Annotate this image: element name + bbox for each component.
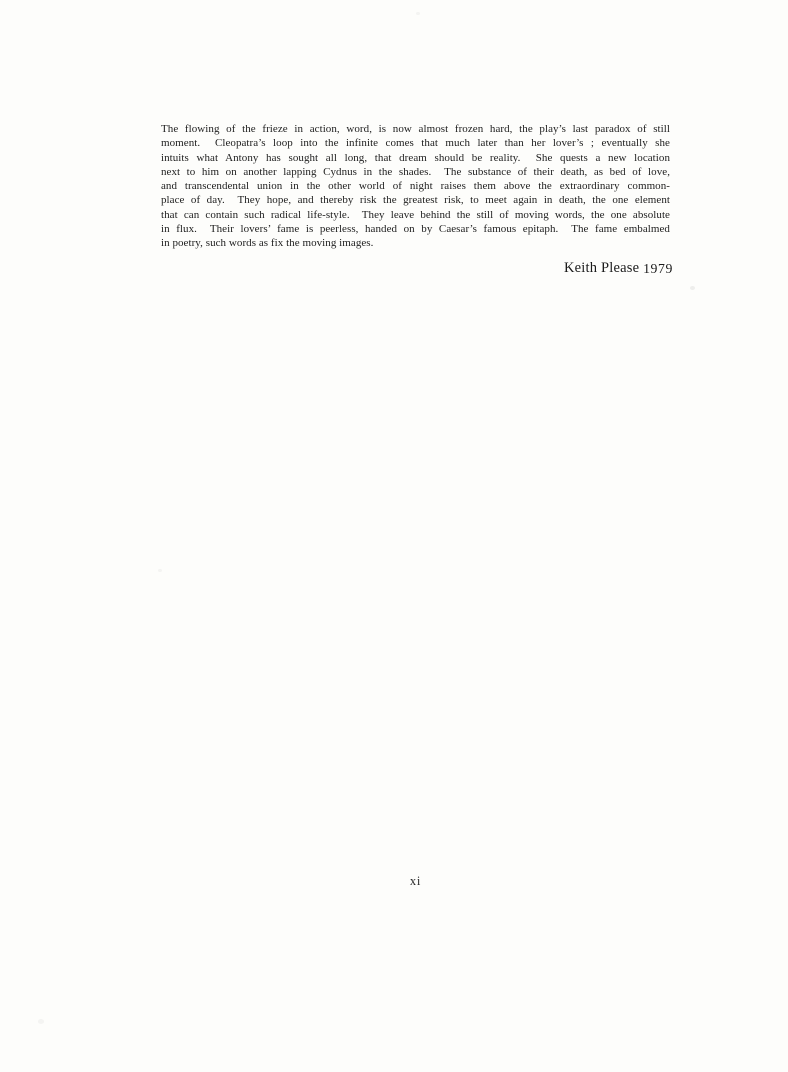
paragraph-line: next to him on another lapping Cydnus in…: [161, 165, 670, 179]
attribution-year: 1979: [643, 261, 673, 276]
paper-speck: [416, 12, 420, 15]
paragraph-line: in poetry, such words as fix the moving …: [161, 236, 670, 250]
paper-speck: [158, 569, 162, 572]
paragraph-line: in flux. Their lovers’ fame is peerless,…: [161, 222, 670, 236]
paragraph-line: moment. Cleopatra’s loop into the infini…: [161, 136, 670, 150]
paragraph-line: place of day. They hope, and thereby ris…: [161, 193, 670, 207]
paragraph-line: and transcendental union in the other wo…: [161, 179, 670, 193]
paragraph-line: intuits what Antony has sought all long,…: [161, 151, 670, 165]
book-page: The flowing of the frieze in action, wor…: [0, 0, 788, 1072]
attribution: Keith Please 1979: [161, 260, 673, 277]
paragraph-block: The flowing of the frieze in action, wor…: [161, 122, 670, 251]
page-number: xi: [161, 874, 670, 889]
attribution-name: Keith Please: [564, 260, 639, 276]
paper-speck: [38, 1019, 44, 1024]
paragraph-line: The flowing of the frieze in action, wor…: [161, 122, 670, 136]
paragraph-line: that can contain such radical life-style…: [161, 208, 670, 222]
paper-speck: [690, 286, 695, 290]
